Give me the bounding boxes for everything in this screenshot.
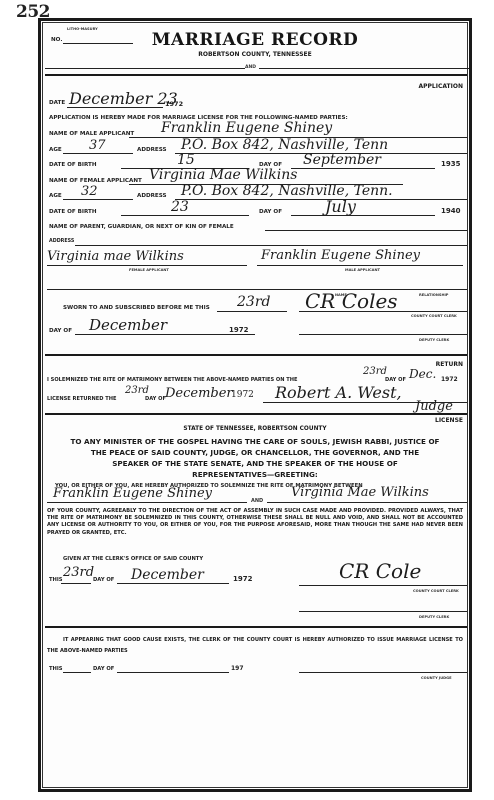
returned-day: 23rd	[125, 385, 149, 396]
license-deputy-line	[299, 611, 467, 612]
license-address-3: Speaker of the State Senate, and the Spe…	[45, 459, 465, 468]
female-dob-day: 23	[171, 199, 189, 215]
groom-line	[47, 502, 247, 503]
license-body: of your County, agreeably to the directi…	[47, 508, 463, 537]
authorization-day-line	[63, 672, 91, 673]
male-age-label: Age	[49, 147, 62, 153]
male-signature-caption: Male Applicant	[345, 268, 380, 272]
guardian-label: Name of Parent, Guardian, or Next of Kin…	[49, 224, 234, 230]
female-dob-year: 1940	[441, 207, 460, 215]
male-age-line	[63, 153, 133, 154]
male-name-label: Name of Male Applicant	[49, 131, 134, 137]
returned-month: December	[165, 386, 233, 401]
license-county-clerk-caption: County Court Clerk	[413, 589, 459, 593]
authorization-month-line	[117, 672, 229, 673]
witness-line	[47, 289, 467, 290]
given-month: December	[131, 567, 204, 583]
divider	[45, 626, 467, 628]
female-address-line	[175, 199, 467, 200]
solemnized-day: 23rd	[363, 366, 387, 377]
given-day-of-label: day of	[93, 577, 114, 583]
given-month-line	[117, 583, 229, 584]
female-name-value: Virginia Mae Wilkins	[149, 167, 297, 183]
given-year: 1972	[233, 575, 252, 583]
returned-year: 1972	[231, 390, 254, 400]
female-dob-label: Date of Birth	[49, 209, 97, 215]
returned-label: License returned the	[47, 396, 116, 402]
female-dob-month-line	[291, 215, 435, 216]
divider	[45, 74, 467, 76]
female-age-value: 32	[81, 184, 98, 199]
document-subtitle: Robertson County, Tennessee	[41, 51, 469, 58]
party-line-right	[259, 68, 469, 69]
female-address-value: P.O. Box 842, Nashville, Tenn.	[181, 183, 393, 199]
bride-line	[267, 502, 467, 503]
authorization-day-of-label: day of	[93, 666, 114, 672]
groom-name: Franklin Eugene Shiney	[53, 486, 212, 501]
male-name-value: Franklin Eugene Shiney	[161, 120, 332, 136]
sworn-label: Sworn to and subscribed before me this	[63, 305, 210, 311]
marriage-record-form: LITHO-MASURY NO. MARRIAGE RECORD Roberts…	[38, 18, 472, 792]
male-address-value: P.O. Box 842, Nashville, Tenn	[181, 137, 388, 153]
state-line: State of Tennessee, Robertson County	[45, 426, 465, 432]
male-address-label: Address	[137, 147, 167, 153]
female-signature-caption: Female Applicant	[129, 268, 169, 272]
divider	[45, 354, 467, 356]
authorization-text: It appearing that good cause exists, the…	[47, 635, 463, 657]
returned-day-of-label: day of	[145, 396, 166, 402]
female-day-of-label: Day of	[259, 209, 282, 215]
license-greeting: Representatives—GREETING:	[45, 470, 465, 479]
female-age-label: Age	[49, 193, 62, 199]
given-day-line	[61, 583, 91, 584]
deputy-clerk-caption: Deputy Clerk	[419, 338, 449, 342]
solemnized-month: Dec.	[409, 367, 436, 381]
sworn-day-of-label: Day of	[49, 328, 72, 334]
female-signature-line	[47, 265, 247, 266]
male-dob-year: 1935	[441, 160, 460, 168]
sworn-month-line	[75, 334, 255, 335]
guardian-address-line	[75, 245, 467, 246]
female-dob-month: July	[325, 197, 356, 216]
license-clerk-line	[299, 585, 467, 586]
sworn-month: December	[89, 316, 167, 334]
license-clerk-signature: CR Cole	[339, 559, 421, 583]
male-dob-month: September	[303, 152, 381, 168]
license-address-2: the Peace of said County, Judge, or Chan…	[45, 448, 465, 457]
and-label: and	[251, 498, 263, 504]
solemnized-label: I solemnized the Rite of Matrimony betwe…	[47, 377, 297, 383]
county-judge-caption: County Judge	[421, 676, 452, 680]
clerk-signature: CR Coles	[305, 289, 398, 313]
bride-name: Virginia Mae Wilkins	[291, 485, 429, 500]
section-application: APPLICATION	[418, 83, 463, 90]
section-return: RETURN	[436, 361, 463, 368]
male-signature: Franklin Eugene Shiney	[261, 248, 420, 263]
male-age-value: 37	[89, 138, 106, 153]
guardian-line	[265, 230, 467, 231]
deputy-clerk-line	[299, 334, 467, 335]
document-title: MARRIAGE RECORD	[41, 30, 469, 50]
male-dob-month-line	[291, 168, 435, 169]
female-dob-day-line	[121, 215, 249, 216]
authorization-this-label: This	[49, 666, 63, 672]
county-clerk-caption: County Court Clerk	[411, 314, 457, 318]
officiant-signature: Robert A. West,	[275, 383, 402, 402]
male-dob-label: Date of Birth	[49, 162, 97, 168]
application-date: December 23	[69, 89, 178, 108]
relationship-caption: Relationship	[419, 293, 448, 297]
application-year: 1972	[165, 100, 183, 108]
given-label: Given at the Clerk's Office of said Coun…	[63, 556, 203, 562]
sworn-day: 23rd	[237, 294, 270, 310]
date-label: DATE	[49, 100, 65, 106]
female-address-label: Address	[137, 193, 167, 199]
male-dob-day: 15	[177, 152, 195, 168]
license-deputy-caption: Deputy Clerk	[419, 615, 449, 619]
license-address-1: To any Minister of the Gospel having the…	[45, 437, 465, 446]
authorization-year-prefix: 197	[231, 665, 244, 672]
county-judge-line	[299, 672, 467, 673]
guardian-address-label: Address	[49, 239, 74, 244]
given-day: 23rd	[63, 565, 94, 580]
section-license: LICENSE	[435, 417, 463, 424]
male-signature-line	[257, 265, 463, 266]
female-age-line	[63, 199, 133, 200]
officiant-title: Judge	[415, 399, 453, 414]
sworn-day-line	[217, 311, 287, 312]
female-signature: Virginia mae Wilkins	[47, 249, 184, 264]
sworn-year: 1972	[229, 326, 248, 334]
solemnized-year: 1972	[441, 376, 458, 383]
party-line-left	[45, 68, 245, 69]
and-label: AND	[245, 65, 256, 70]
divider	[45, 413, 467, 415]
